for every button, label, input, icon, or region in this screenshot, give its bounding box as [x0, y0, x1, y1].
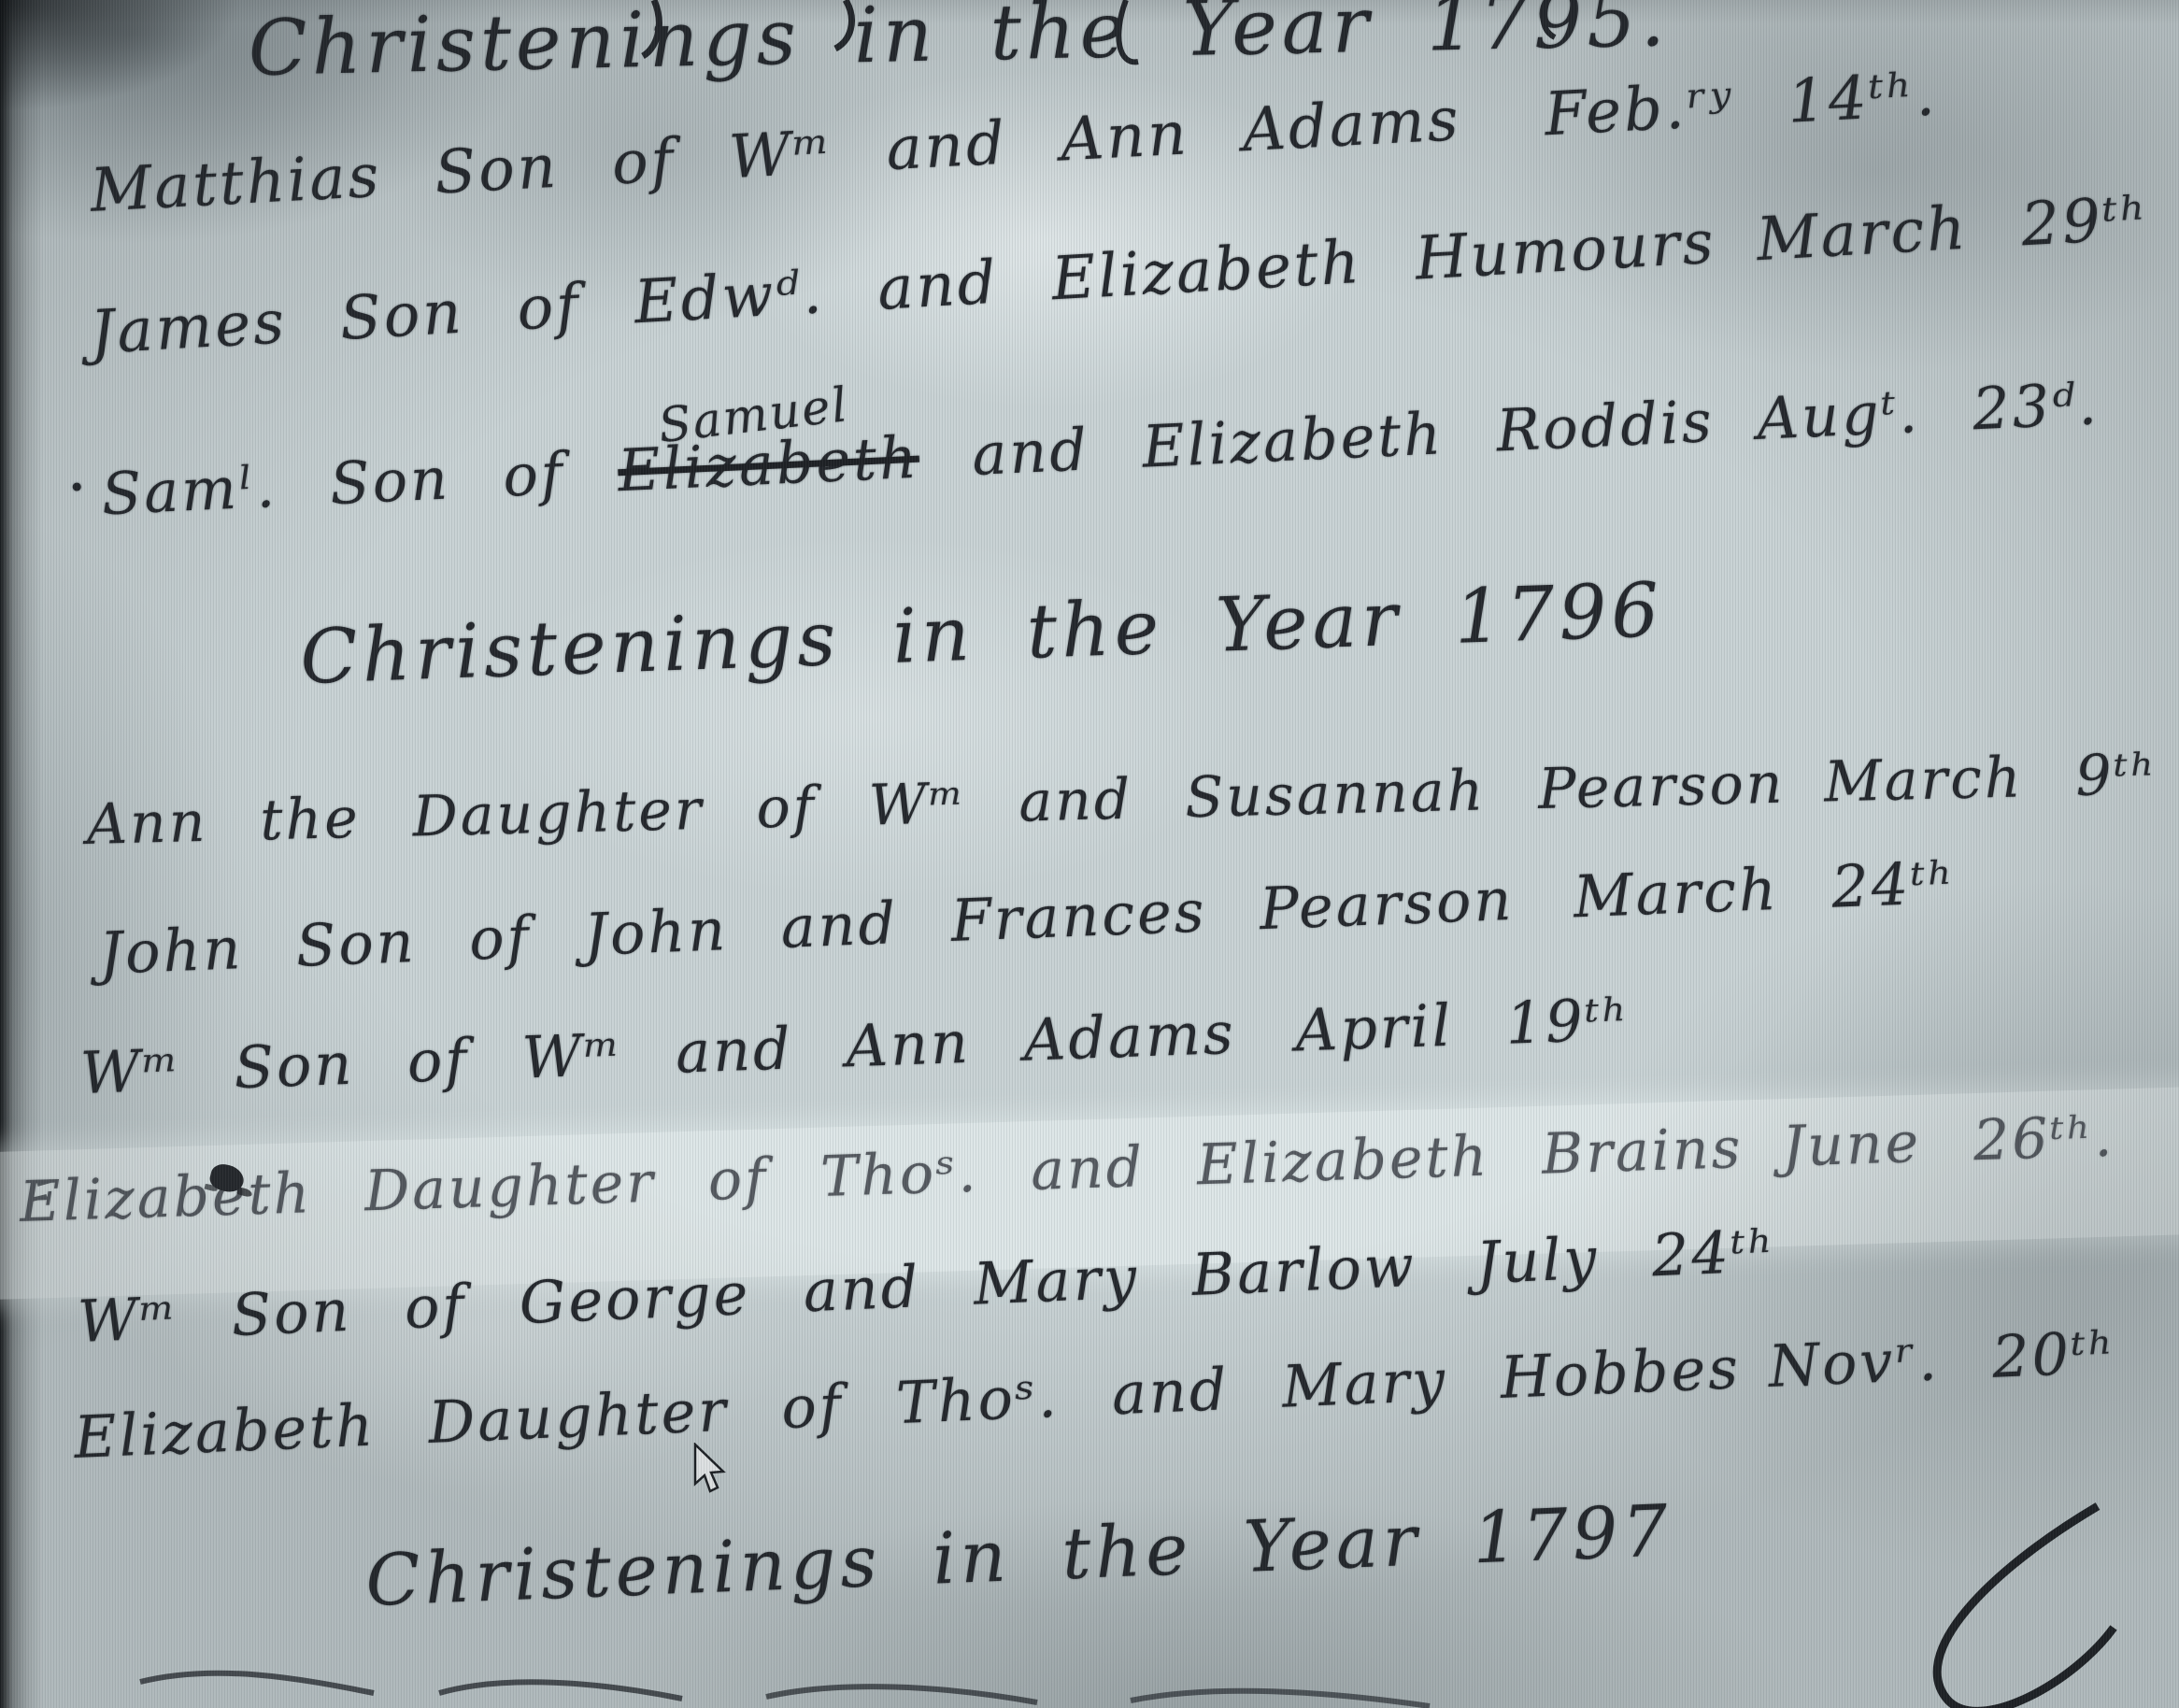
entry-text: Elizabeth Daughter of Thoˢ. and Mary Hob…: [73, 1333, 1742, 1472]
entry-marker: •: [67, 471, 89, 505]
entry-date: March 29ᵗʰ: [1755, 188, 2151, 273]
mouse-cursor: [693, 1443, 731, 1495]
entry-date: April 19ᵗʰ: [1294, 989, 1631, 1061]
entry-date: March 9ᵗʰ: [1824, 746, 2159, 813]
entry-text: and Elizabeth Roddis: [918, 387, 1716, 491]
entry-date: Novʳ. 20ᵗʰ: [1767, 1321, 2117, 1397]
section-heading-1795: Christenings in the Year 1795.: [248, 0, 1670, 90]
entry-text: Samˡ. Son of: [100, 436, 620, 528]
entry-text: James Son of Edwᵈ. and Elizabeth Humours: [89, 208, 1717, 368]
entry-date: Feb.ʳʸ 14ᵗʰ.: [1543, 64, 1939, 147]
register-entry: John Son of John and Frances PearsonMarc…: [98, 852, 1958, 984]
register-entry: Elizabeth Daughter of Thoˢ. and Mary Hob…: [73, 1321, 2117, 1468]
entry-date: July 24ᵗʰ: [1474, 1220, 1777, 1293]
entry-date: Augᵗ. 23ᵈ.: [1756, 373, 2101, 449]
entry-date: March 24ᵗʰ: [1573, 852, 1958, 928]
register-entry: Ann the Daughter of Wᵐ and Susannah Pear…: [86, 746, 2158, 855]
section-heading-1796: Christenings in the Year 1796: [299, 571, 1665, 697]
register-page-scan: Christenings in the Year 1795. Matthias …: [0, 0, 2179, 1708]
entry-text: Wᵐ Son of Wᵐ and Ann Adams: [79, 999, 1237, 1107]
register-entry: Wᵐ Son of Wᵐ and Ann AdamsApril 19ᵗʰ: [79, 989, 1631, 1103]
page-corner-shadow: [0, 0, 243, 112]
register-entry: James Son of Edwᵈ. and Elizabeth Humours…: [89, 188, 2151, 365]
entry-text: Ann the Daughter of Wᵐ and Susannah Pear…: [86, 751, 1786, 858]
register-entry-corrected: •Samˡ. Son of SamuelElizabeth and Elizab…: [67, 373, 2101, 526]
entry-text: John Son of John and Frances Pearson: [98, 865, 1516, 988]
entry-date: June 26ᵗʰ.: [1781, 1108, 2115, 1177]
section-heading-1797: Christenings in the Year 1797: [364, 1493, 1673, 1617]
entry-text: Matthias Son of Wᵐ and Ann Adams: [89, 85, 1462, 226]
